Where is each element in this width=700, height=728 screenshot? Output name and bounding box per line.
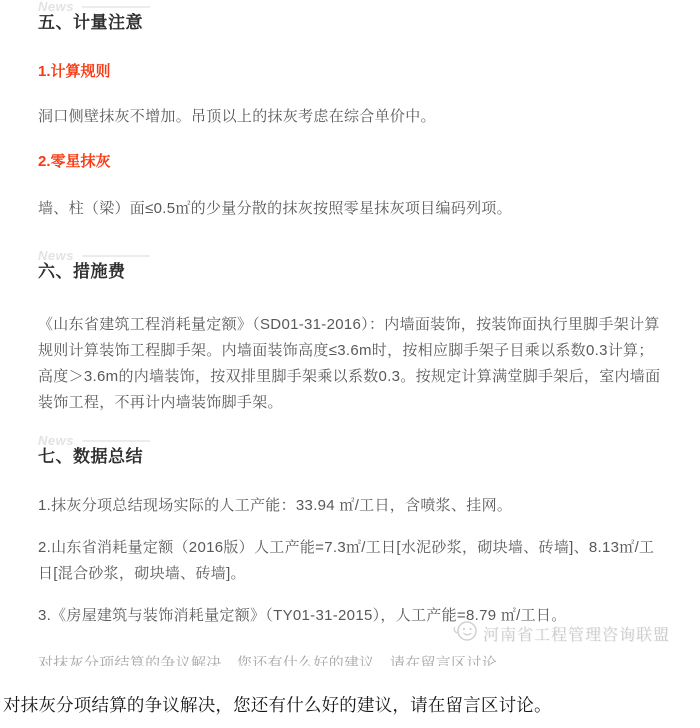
paragraph-calculation-rules: 洞口侧壁抹灰不增加。吊顶以上的抹灰考虑在综合单价中。 bbox=[38, 104, 664, 130]
cropped-text-line: 对抹灰分项结算的争议解决，您还有什么好的建议，请在留言区讨论 bbox=[38, 653, 664, 666]
section-heading-measurement-notes: 五、计量注意 bbox=[38, 12, 664, 33]
news-watermark-line bbox=[82, 255, 150, 257]
news-watermark-line bbox=[82, 440, 150, 442]
image-caption: 对抹灰分项结算的争议解决，您还有什么好的建议，请在留言区讨论。 bbox=[3, 693, 697, 718]
sub-heading-scattered-plaster: 2.零星抹灰 bbox=[38, 153, 664, 170]
sub-heading-calculation-rules: 1.计算规则 bbox=[38, 63, 664, 80]
cropped-image-edge: 对抹灰分项结算的争议解决，您还有什么好的建议，请在留言区讨论 bbox=[38, 653, 664, 666]
brand-watermark-label: 河南省工程管理咨询联盟 bbox=[483, 622, 670, 645]
news-watermark-line bbox=[82, 6, 150, 8]
section-heading-data-summary: 七、数据总结 bbox=[38, 446, 664, 467]
article-page: { "watermark": { "news_label": "News", "… bbox=[0, 0, 700, 728]
smiley-face-icon bbox=[452, 618, 479, 648]
list-item-shandong-quota: 2.山东省消耗量定额（2016版）人工产能=7.3㎡/工日[水泥砂浆，砌块墙、砖… bbox=[38, 535, 664, 587]
paragraph-measure-fee: 《山东省建筑工程消耗量定额》（SD01-31-2016）：内墙面装饰，按装饰面执… bbox=[38, 312, 664, 416]
brand-watermark: 河南省工程管理咨询联盟 bbox=[452, 618, 670, 648]
paragraph-scattered-plaster: 墙、柱（梁）面≤0.5㎡的少量分散的抹灰按照零星抹灰项目编码列项。 bbox=[38, 196, 664, 222]
section-heading-measure-fee: 六、措施费 bbox=[38, 261, 664, 282]
list-item-labor-productivity-site: 1.抹灰分项总结现场实际的人工产能：33.94 ㎡/工日，含喷浆、挂网。 bbox=[38, 493, 664, 519]
